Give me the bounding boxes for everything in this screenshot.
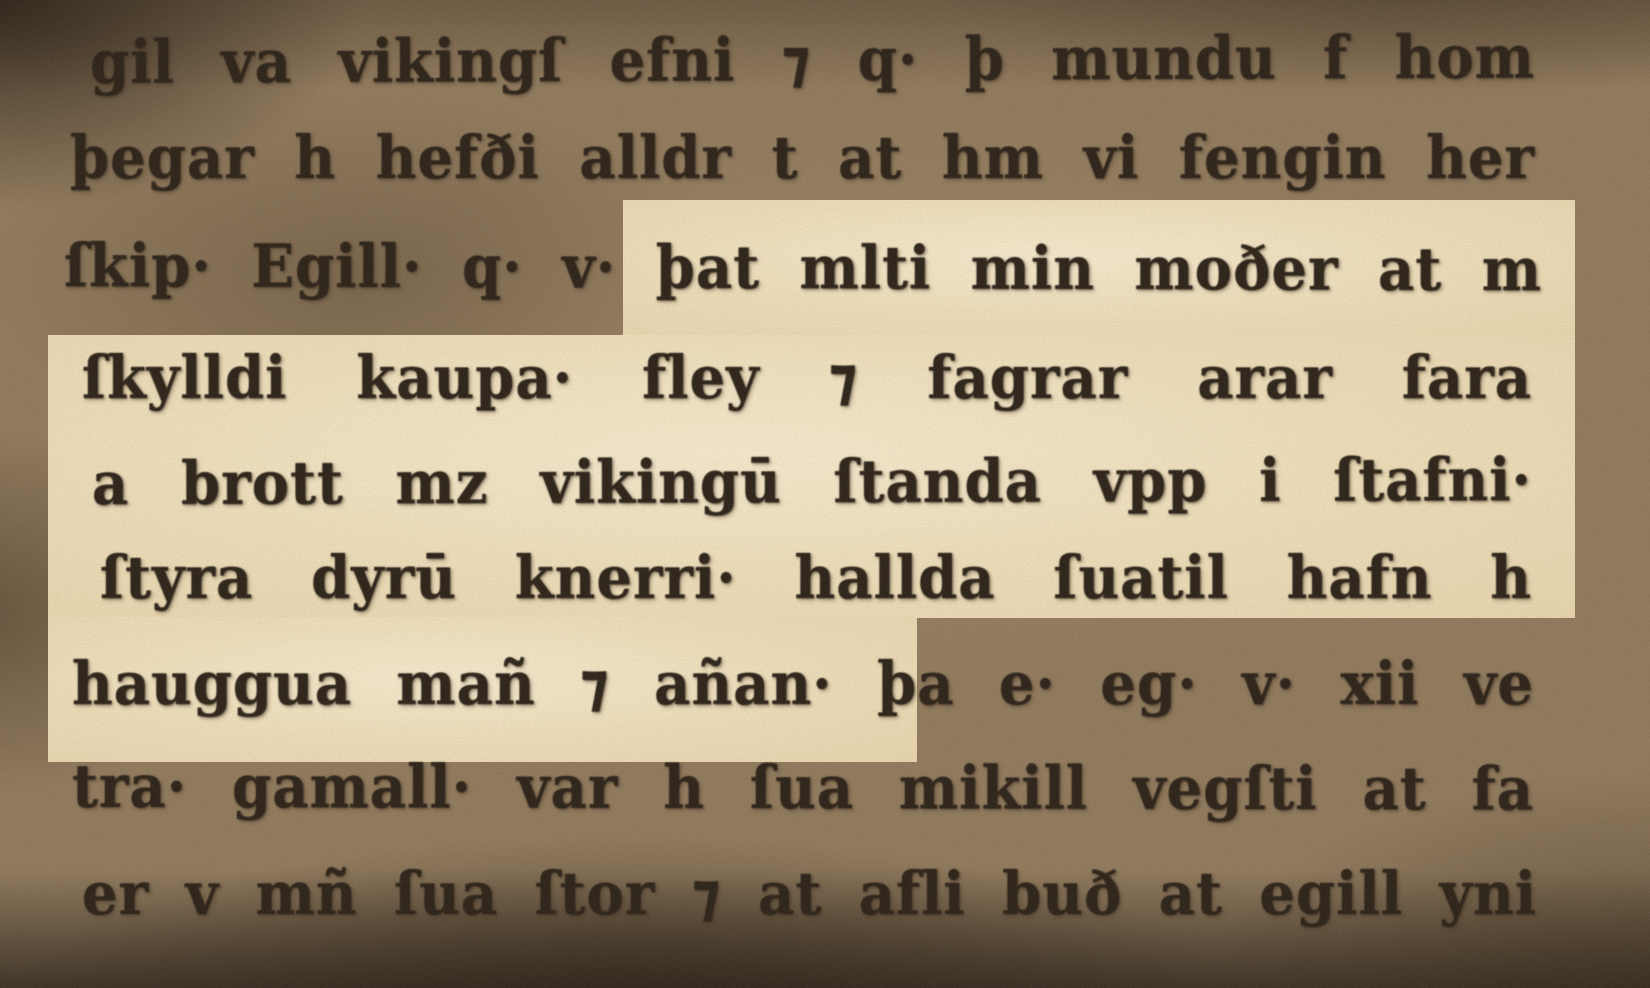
manuscript-line-1: gil va vikingſ efni ⁊ q· þ mundu f hom [90,9,1535,112]
manuscript-line-9: er v mñ ſua ſtor ⁊ at afli buð at egill … [82,845,1537,943]
manuscript-line-4: ſkylldi kaupa· fley ⁊ fagrar arar fara [82,329,1532,427]
manuscript-text: gil va vikingſ efni ⁊ q· þ mundu f hom þ… [0,0,1650,988]
manuscript-line-6: ſtyra dyrū knerri· hallda ſuatil hafn h [100,529,1532,627]
manuscript-line-2: þegar h hefði alldr t at hm vi fengin he… [70,109,1535,207]
manuscript-line-8: tra· gamall· var h ſua mikill vegſti at … [72,738,1534,838]
manuscript-line-5: a brott mz vikingū ſtanda vpp i ſtafni· [92,431,1532,533]
manuscript-page: gil va vikingſ efni ⁊ q· þ mundu f hom þ… [0,0,1650,988]
manuscript-line-7: hauggua mañ ⁊ añan· þa e· eg· v· xii ve [72,635,1534,733]
manuscript-line-3: ſkip· Egill· q· v· þat mlti min moðer at… [64,217,1542,319]
